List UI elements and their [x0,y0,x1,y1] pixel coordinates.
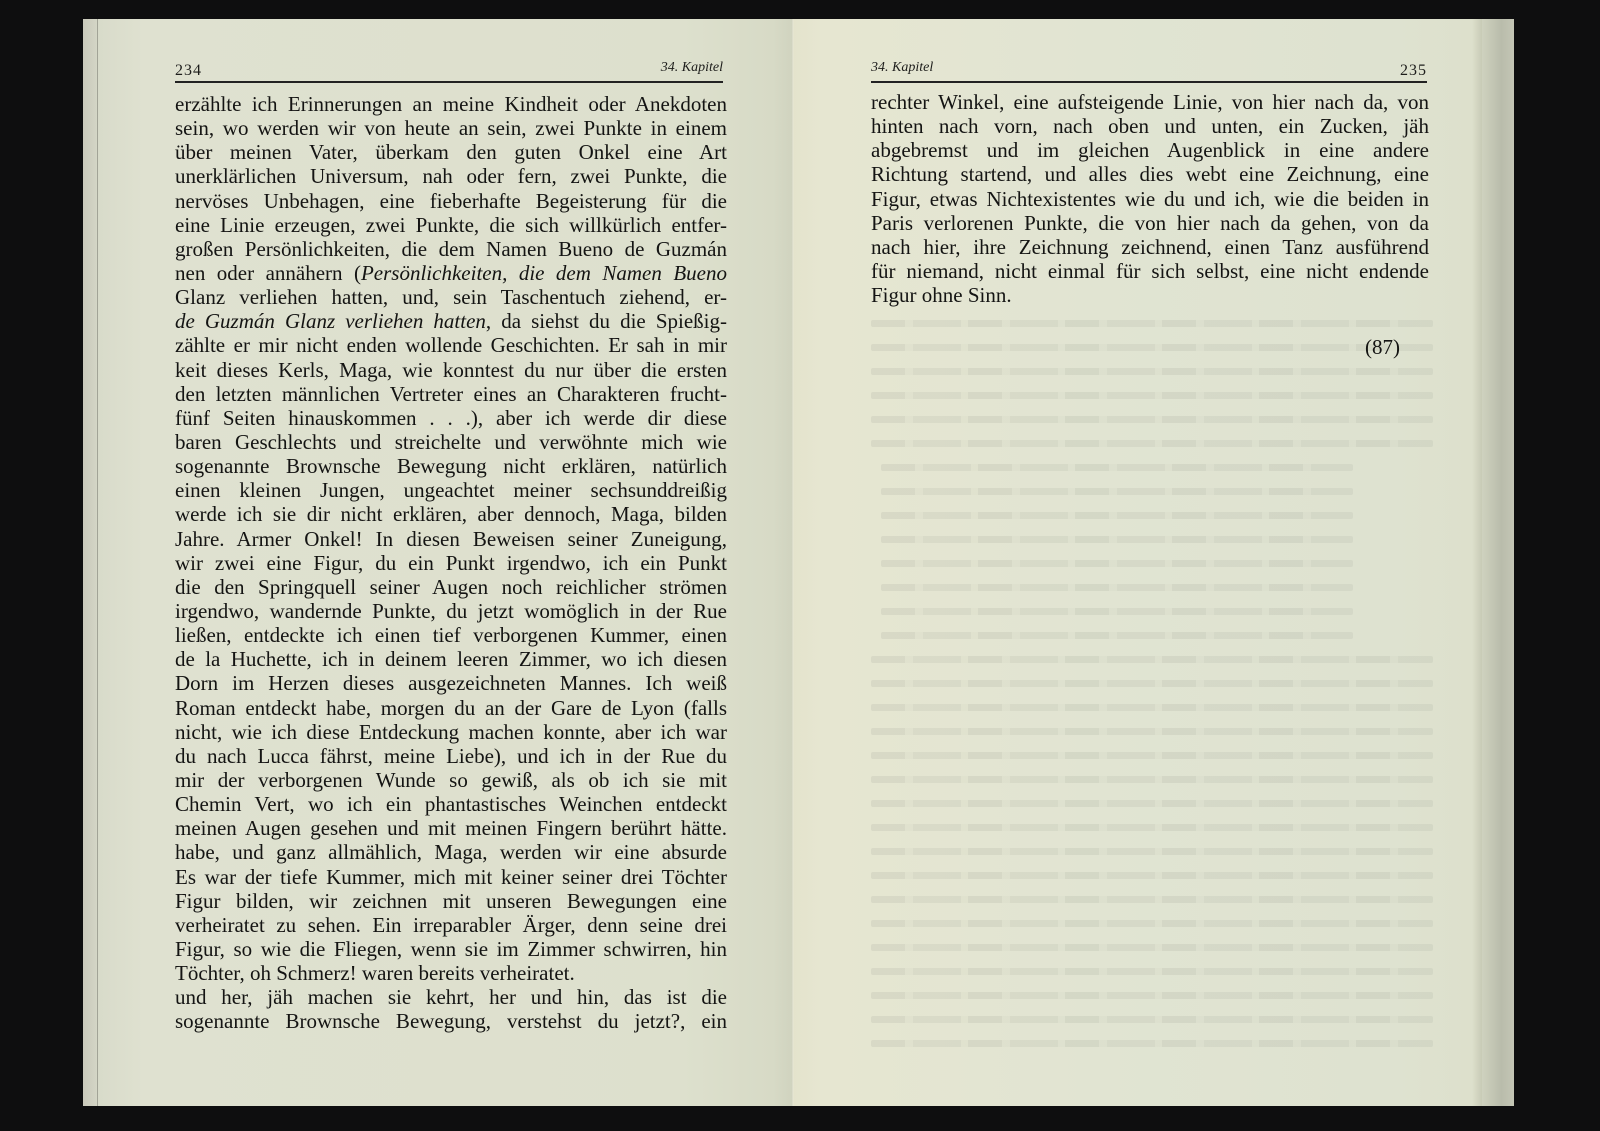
text-line: ließen, entdeckte ich einen tief verborg… [175,623,727,647]
text-line: irgendwo, wandernde Punkte, du jetzt wom… [175,599,727,623]
text-line: Figur ohne Sinn. [871,283,1429,307]
text-line: de la Huchette, ich in deinem leeren Zim… [175,647,727,671]
page-edge [97,19,98,1106]
text-line: großen Persönlichkeiten, die dem Namen B… [175,237,727,261]
italic-text: de Guzmán Glanz verliehen hatten [175,309,486,333]
page-number: 235 [1400,62,1427,80]
text-line: Jahre. Armer Onkel! In diesen Beweisen s… [175,527,727,551]
text-line-mixed: de Guzmán Glanz verliehen hatten, da sie… [175,309,727,333]
text-line: werde ich sie dir nicht erklären, aber d… [175,502,727,526]
text-line: keit dieses Kerls, Maga, wie konntest du… [175,358,727,382]
text-line: eine Linie erzeugen, zwei Punkte, die si… [175,213,727,237]
text-line: über meinen Vater, überkam den guten Onk… [175,140,727,164]
text-line: einen kleinen Jungen, ungeachtet meiner … [175,478,727,502]
text-line: sogenannte Brownsche Bewegung nicht erkl… [175,454,727,478]
text-segment: , da siehst du die Spießig- [486,309,727,333]
left-body-text: erzählte ich Erinnerungen an meine Kindh… [175,92,727,1033]
text-line: Chemin Vert, wo ich ein phantastisches W… [175,792,727,816]
text-line: den letzten männlichen Vertreter eines a… [175,382,727,406]
text-line: sein, wo werden wir von heute an sein, z… [175,116,727,140]
text-line: Es war der tiefe Kummer, mich mit keiner… [175,865,727,889]
text-line: fünf Seiten hinauskommen . . .), aber ic… [175,406,727,430]
bleed-through-text [871,311,1433,1055]
text-line: wir zwei eine Figur, du ein Punkt irgend… [175,551,727,575]
right-body-text: rechter Winkel, eine aufsteigende Linie,… [871,90,1429,307]
text-line: Figur, etwas Nichtexistentes wie du und … [871,187,1429,211]
text-line: Figur, so wie die Fliegen, wenn sie im Z… [175,937,727,961]
gutter [792,19,794,1106]
text-line: sogenannte Brownsche Bewegung, verstehst… [175,1009,727,1033]
page-number: 234 [175,62,202,80]
right-page: 34. Kapitel 235 rechter Winkel, eine auf… [792,19,1514,1106]
text-line: abgebremst und im gleichen Augenblick in… [871,138,1429,162]
text-line: Töchter, oh Schmerz! waren bereits verhe… [175,961,727,985]
text-line: rechter Winkel, eine aufsteigende Linie,… [871,90,1429,114]
left-running-head: 234 34. Kapitel [175,53,723,83]
chapter-reference: (87) [1365,335,1400,360]
text-line: und her, jäh machen sie kehrt, her und h… [175,985,727,1009]
text-line-mixed: nen oder annähern (Persönlichkeiten, die… [175,261,727,285]
text-line: zählte er mir nicht enden wollende Gesch… [175,333,727,357]
chapter-title: 34. Kapitel [661,60,723,76]
text-line: hinten nach vorn, nach oben und unten, e… [871,114,1429,138]
book-spread: 234 34. Kapitel erzählte ich Erinnerunge… [83,19,1514,1106]
text-line: baren Geschlechts und streichelte und ve… [175,430,727,454]
text-line: für niemand, nicht einmal für sich selbs… [871,259,1429,283]
right-running-head: 34. Kapitel 235 [871,53,1427,83]
text-line: du nach Lucca fährst, meine Liebe), und … [175,744,727,768]
text-line: Richtung startend, und alles dies webt e… [871,162,1429,186]
text-line: nach hier, ihre Zeichnung zeichnend, ein… [871,235,1429,259]
text-line: Paris verlorenen Punkte, die von hier na… [871,211,1429,235]
text-line: Glanz verliehen hatten, und, sein Tasche… [175,285,727,309]
text-line: Dorn im Herzen dieses ausgezeichneten Ma… [175,671,727,695]
italic-text: Persönlichkeiten, die dem Namen Bueno [361,261,727,285]
book-scan: 234 34. Kapitel erzählte ich Erinnerunge… [0,0,1600,1131]
text-line: die den Springquell seiner Augen noch re… [175,575,727,599]
text-line: Figur bilden, wir zeichnen mit unseren B… [175,889,727,913]
text-line: habe, und ganz allmählich, Maga, werden … [175,840,727,864]
text-line: unerklärlichen Universum, nah oder fern,… [175,164,727,188]
page-edge [1482,19,1514,1106]
text-line: nicht, wie ich diese Entdeckung machen k… [175,720,727,744]
left-page: 234 34. Kapitel erzählte ich Erinnerunge… [83,19,792,1106]
text-line: nervöses Unbehagen, eine fieberhafte Beg… [175,189,727,213]
text-line: mir der verborgenen Wunde so gewiß, als … [175,768,727,792]
text-line: erzählte ich Erinnerungen an meine Kindh… [175,92,727,116]
chapter-title: 34. Kapitel [871,60,933,76]
text-line: verheiratet zu sehen. Ein irreparabler Ä… [175,913,727,937]
text-line: Roman entdeckt habe, morgen du an der Ga… [175,696,727,720]
text-segment: nen oder annähern ( [175,261,361,285]
text-line: meinen Augen gesehen und mit meinen Fing… [175,816,727,840]
